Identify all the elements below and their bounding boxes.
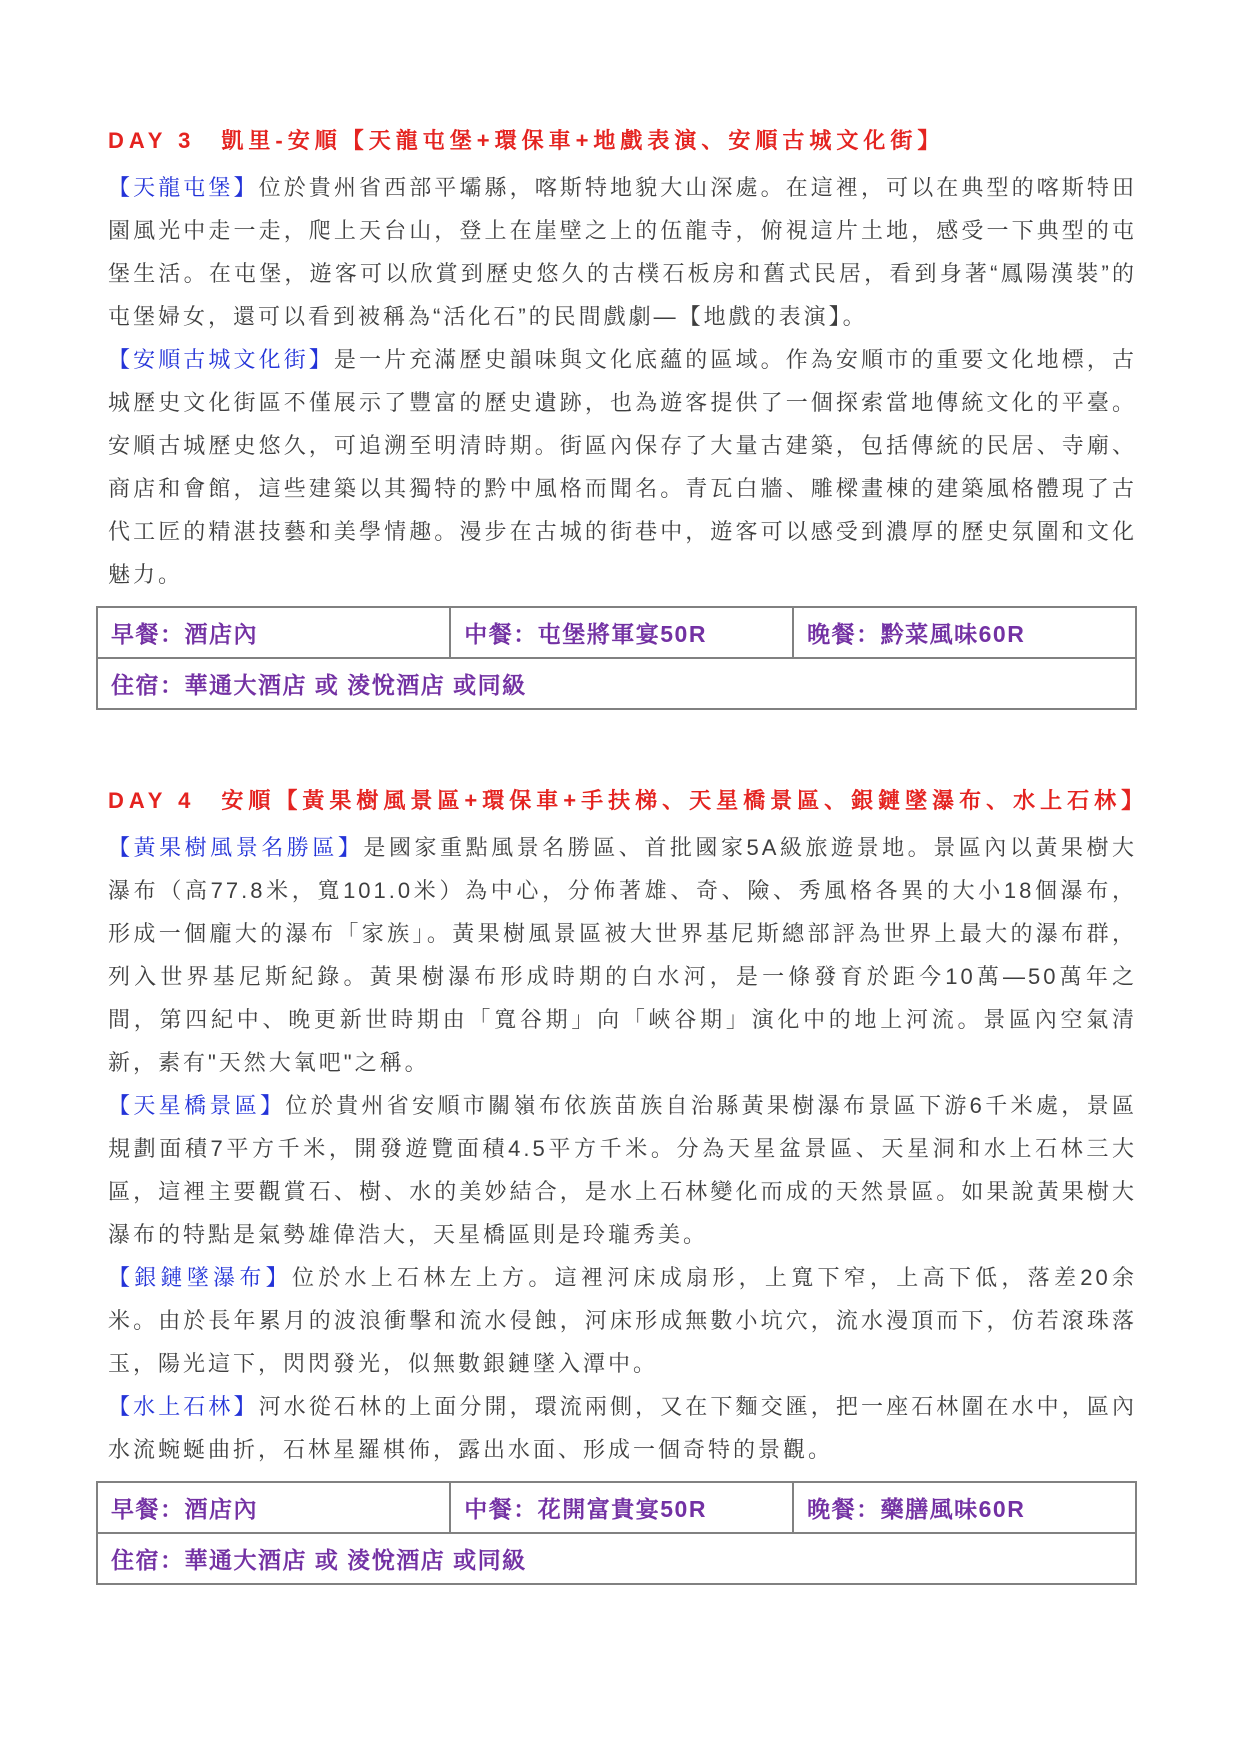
attraction-name-label: 【黃果樹風景名勝區】 [108,835,363,860]
table-row: 住宿：華通大酒店 或 淩悅酒店 或同級 [97,1533,1136,1584]
attraction-name-label: 【天龍屯堡】 [108,175,259,200]
day3-number: DAY 3 [108,128,195,153]
attraction-name-label: 【天星橋景區】 [108,1093,285,1118]
attraction-paragraph: 【黃果樹風景名勝區】是國家重點風景名勝區、首批國家5A級旅遊景地。景區內以黃果樹… [108,826,1137,1084]
lunch-cell: 中餐：屯堡將軍宴50R [450,607,793,658]
attraction-description: 是一片充滿歷史韻味與文化底蘊的區域。作為安順市的重要文化地標，古城歷史文化街區不… [108,347,1137,587]
itinerary-page: DAY 3凱里-安順【天龍屯堡+環保車+地戲表演、安順古城文化街】 【天龍屯堡】… [0,0,1241,1585]
breakfast-cell: 早餐：酒店內 [97,607,450,658]
table-row: 早餐：酒店內 中餐：花開富貴宴50R 晚餐：藥膳風味60R [97,1482,1136,1533]
attraction-description: 河水從石林的上面分開，環流兩側，又在下麵交匯，把一座石林圍在水中，區內水流蜿蜒曲… [108,1394,1137,1462]
day3-section: DAY 3凱里-安順【天龍屯堡+環保車+地戲表演、安順古城文化街】 【天龍屯堡】… [96,118,1137,710]
day4-heading: DAY 4安順【黃果樹風景區+環保車+手扶梯、天星橋景區、銀鏈墜瀑布、水上石林】 [108,778,1137,824]
table-row: 住宿：華通大酒店 或 淩悅酒店 或同級 [97,658,1136,709]
day4-number: DAY 4 [108,788,195,813]
day3-title: 凱里-安順【天龍屯堡+環保車+地戲表演、安順古城文化街】 [221,128,944,153]
attraction-paragraph: 【水上石林】河水從石林的上面分開，環流兩側，又在下麵交匯，把一座石林圍在水中，區… [108,1385,1137,1471]
day4-meals-table: 早餐：酒店內 中餐：花開富貴宴50R 晚餐：藥膳風味60R 住宿：華通大酒店 或… [96,1481,1137,1585]
attraction-name-label: 【水上石林】 [108,1394,259,1419]
lunch-cell: 中餐：花開富貴宴50R [450,1482,793,1533]
attraction-paragraph: 【銀鏈墜瀑布】位於水上石林左上方。這裡河床成扇形，上寬下窄，上高下低，落差20余… [108,1256,1137,1385]
attraction-description: 是國家重點風景名勝區、首批國家5A級旅遊景地。景區內以黃果樹大瀑布（高77.8米… [108,835,1137,1075]
attraction-paragraph: 【天星橋景區】位於貴州省安順市關嶺布依族苗族自治縣黃果樹瀑布景區下游6千米處，景… [108,1084,1137,1256]
attraction-description: 位於貴州省西部平壩縣，喀斯特地貌大山深處。在這裡，可以在典型的喀斯特田園風光中走… [108,175,1137,329]
day3-meals-table: 早餐：酒店內 中餐：屯堡將軍宴50R 晚餐：黔菜風味60R 住宿：華通大酒店 或… [96,606,1137,710]
day4-title: 安順【黃果樹風景區+環保車+手扶梯、天星橋景區、銀鏈墜瀑布、水上石林】 [221,788,1148,813]
attraction-paragraph: 【天龍屯堡】位於貴州省西部平壩縣，喀斯特地貌大山深處。在這裡，可以在典型的喀斯特… [108,166,1137,338]
table-row: 早餐：酒店內 中餐：屯堡將軍宴50R 晚餐：黔菜風味60R [97,607,1136,658]
attraction-name-label: 【安順古城文化街】 [108,347,334,372]
lodging-cell: 住宿：華通大酒店 或 淩悅酒店 或同級 [97,1533,1136,1584]
attraction-paragraph: 【安順古城文化街】是一片充滿歷史韻味與文化底蘊的區域。作為安順市的重要文化地標，… [108,338,1137,596]
day3-heading: DAY 3凱里-安順【天龍屯堡+環保車+地戲表演、安順古城文化街】 [108,118,1137,164]
dinner-cell: 晚餐：藥膳風味60R [793,1482,1136,1533]
dinner-cell: 晚餐：黔菜風味60R [793,607,1136,658]
lodging-cell: 住宿：華通大酒店 或 淩悅酒店 或同級 [97,658,1136,709]
breakfast-cell: 早餐：酒店內 [97,1482,450,1533]
day4-section: DAY 4安順【黃果樹風景區+環保車+手扶梯、天星橋景區、銀鏈墜瀑布、水上石林】… [96,778,1137,1585]
attraction-name-label: 【銀鏈墜瀑布】 [108,1265,292,1290]
